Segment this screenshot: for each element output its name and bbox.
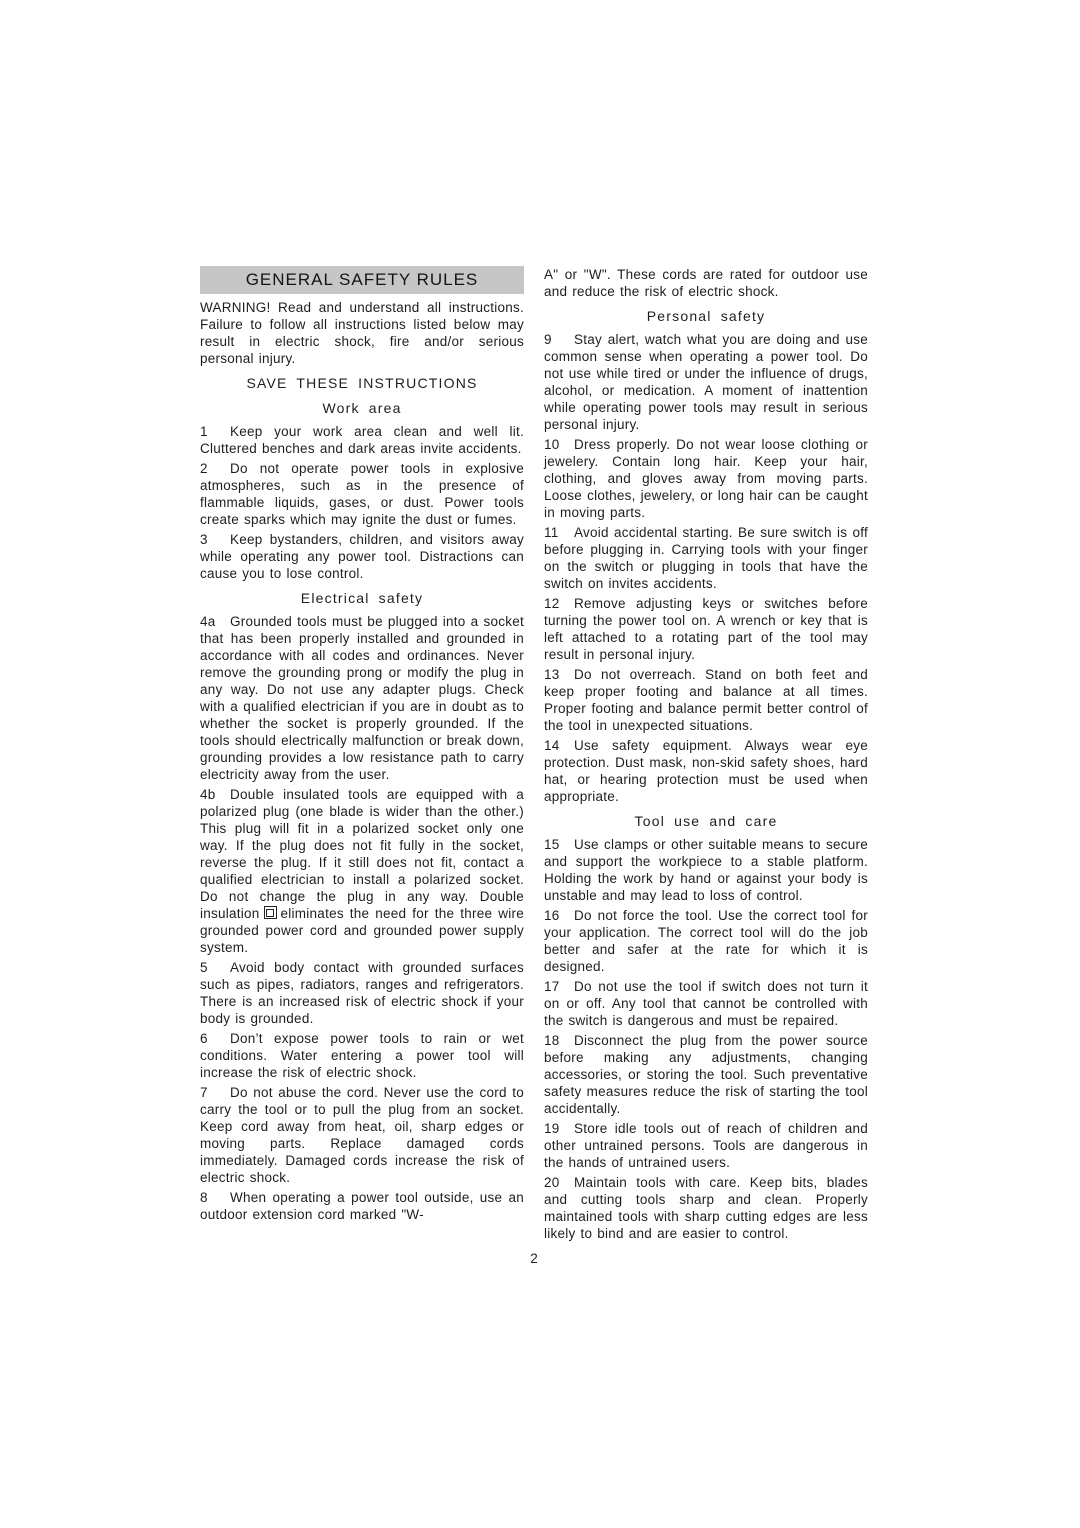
- item-number: 11: [544, 524, 574, 541]
- left-column: GENERAL SAFETY RULES WARNING! Read and u…: [200, 266, 524, 1226]
- safety-item-17: 17Do not use the tool if switch does not…: [544, 978, 868, 1029]
- item-text: Do not abuse the cord. Never use the cor…: [200, 1085, 524, 1185]
- item-text: Keep your work area clean and well lit. …: [200, 424, 524, 456]
- safety-item-13: 13Do not overreach. Stand on both feet a…: [544, 666, 868, 734]
- item-number: 1: [200, 423, 230, 440]
- item-text: Do not force the tool. Use the correct t…: [544, 908, 868, 974]
- safety-item-4a: 4aGrounded tools must be plugged into a …: [200, 613, 524, 783]
- right-column: A" or "W". These cords are rated for out…: [544, 266, 868, 1245]
- item-text: Use safety equipment. Always wear eye pr…: [544, 738, 868, 804]
- item-number: 3: [200, 531, 230, 548]
- safety-item-15: 15Use clamps or other suitable means to …: [544, 836, 868, 904]
- work-area-heading: Work area: [200, 400, 524, 417]
- item-number: 15: [544, 836, 574, 853]
- item-text: Store idle tools out of reach of childre…: [544, 1121, 868, 1170]
- safety-item-2: 2Do not operate power tools in explosive…: [200, 460, 524, 528]
- safety-item-18: 18Disconnect the plug from the power sou…: [544, 1032, 868, 1117]
- manual-page: GENERAL SAFETY RULES WARNING! Read and u…: [0, 0, 1080, 1528]
- item-text: When operating a power tool outside, use…: [200, 1190, 524, 1222]
- item-text: Do not operate power tools in explosive …: [200, 461, 524, 527]
- item-number: 13: [544, 666, 574, 683]
- item-text: Avoid accidental starting. Be sure switc…: [544, 525, 868, 591]
- item-text: Do not overreach. Stand on both feet and…: [544, 667, 868, 733]
- item-number: 19: [544, 1120, 574, 1137]
- item-number: 8: [200, 1189, 230, 1206]
- safety-item-9: 9Stay alert, watch what you are doing an…: [544, 331, 868, 433]
- item-text: Keep bystanders, children, and visitors …: [200, 532, 524, 581]
- save-instructions-heading: SAVE THESE INSTRUCTIONS: [200, 375, 524, 392]
- page-number: 2: [200, 1250, 868, 1267]
- safety-item-8: 8When operating a power tool outside, us…: [200, 1189, 524, 1223]
- safety-item-7: 7Do not abuse the cord. Never use the co…: [200, 1084, 524, 1186]
- item-number: 4a: [200, 613, 230, 630]
- safety-item-20: 20Maintain tools with care. Keep bits, b…: [544, 1174, 868, 1242]
- item-text: Double insulated tools are equipped with…: [200, 787, 524, 921]
- double-insulation-icon: [264, 906, 277, 919]
- item-number: 17: [544, 978, 574, 995]
- safety-item-19: 19Store idle tools out of reach of child…: [544, 1120, 868, 1171]
- safety-item-3: 3Keep bystanders, children, and visitors…: [200, 531, 524, 582]
- warning-paragraph: WARNING! Read and understand all instruc…: [200, 299, 524, 367]
- item-number: 6: [200, 1030, 230, 1047]
- item-text: Remove adjusting keys or switches before…: [544, 596, 868, 662]
- item-text: Dress properly. Do not wear loose clothi…: [544, 437, 868, 520]
- item-text: Avoid body contact with grounded surface…: [200, 960, 524, 1026]
- item-number: 12: [544, 595, 574, 612]
- safety-item-16: 16Do not force the tool. Use the correct…: [544, 907, 868, 975]
- item-text: Do not use the tool if switch does not t…: [544, 979, 868, 1028]
- item-number: 2: [200, 460, 230, 477]
- personal-safety-heading: Personal safety: [544, 308, 868, 325]
- safety-item-1: 1Keep your work area clean and well lit.…: [200, 423, 524, 457]
- item-text: Stay alert, watch what you are doing and…: [544, 332, 868, 432]
- item-text: Grounded tools must be plugged into a so…: [200, 614, 524, 782]
- item-text: Maintain tools with care. Keep bits, bla…: [544, 1175, 868, 1241]
- item-number: 5: [200, 959, 230, 976]
- safety-item-10: 10Dress properly. Do not wear loose clot…: [544, 436, 868, 521]
- item-8-continuation: A" or "W". These cords are rated for out…: [544, 266, 868, 300]
- item-number: 7: [200, 1084, 230, 1101]
- item-text: Don’t expose power tools to rain or wet …: [200, 1031, 524, 1080]
- item-number: 4b: [200, 786, 230, 803]
- safety-item-12: 12Remove adjusting keys or switches befo…: [544, 595, 868, 663]
- item-text: Use clamps or other suitable means to se…: [544, 837, 868, 903]
- item-number: 16: [544, 907, 574, 924]
- two-column-layout: GENERAL SAFETY RULES WARNING! Read and u…: [200, 266, 868, 1245]
- safety-item-14: 14Use safety equipment. Always wear eye …: [544, 737, 868, 805]
- page-content: GENERAL SAFETY RULES WARNING! Read and u…: [200, 266, 868, 1267]
- safety-item-6: 6Don’t expose power tools to rain or wet…: [200, 1030, 524, 1081]
- item-number: 14: [544, 737, 574, 754]
- item-number: 9: [544, 331, 574, 348]
- item-number: 10: [544, 436, 574, 453]
- tool-use-care-heading: Tool use and care: [544, 813, 868, 830]
- item-number: 18: [544, 1032, 574, 1049]
- page-title: GENERAL SAFETY RULES: [200, 266, 524, 294]
- item-text: Disconnect the plug from the power sourc…: [544, 1033, 868, 1116]
- safety-item-5: 5Avoid body contact with grounded surfac…: [200, 959, 524, 1027]
- safety-item-4b: 4bDouble insulated tools are equipped wi…: [200, 786, 524, 956]
- item-number: 20: [544, 1174, 574, 1191]
- safety-item-11: 11Avoid accidental starting. Be sure swi…: [544, 524, 868, 592]
- electrical-safety-heading: Electrical safety: [200, 590, 524, 607]
